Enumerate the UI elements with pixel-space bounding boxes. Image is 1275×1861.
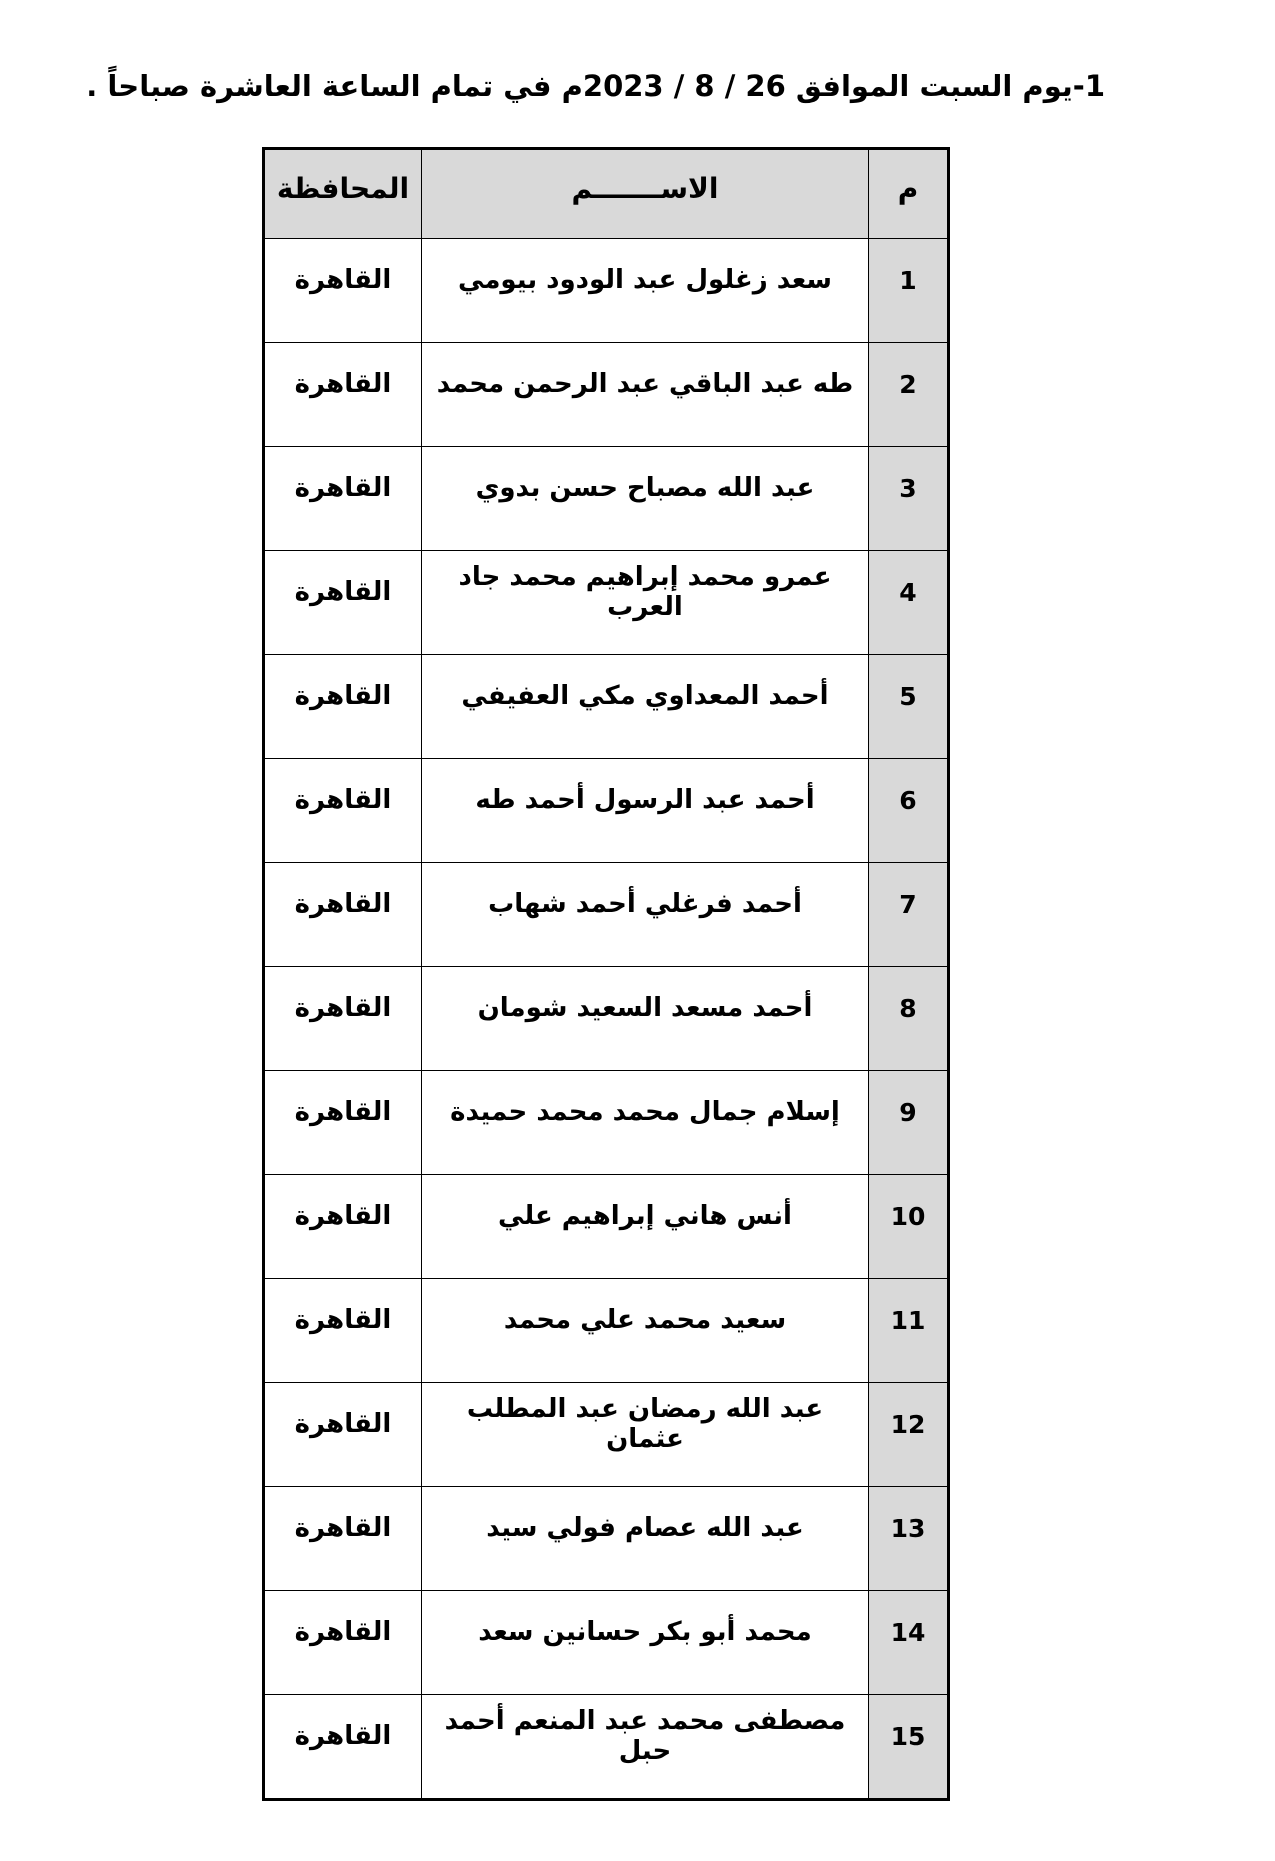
- governorate-cell: القاهرة: [264, 758, 422, 862]
- name-cell: عمرو محمد إبراهيم محمد جاد العرب: [422, 550, 869, 654]
- serial-cell: 12: [869, 1382, 949, 1486]
- name-cell: أحمد فرغلي أحمد شهاب: [422, 862, 869, 966]
- name-cell: مصطفى محمد عبد المنعم أحمد حبل: [422, 1694, 869, 1799]
- serial-cell: 9: [869, 1070, 949, 1174]
- serial-cell: 3: [869, 446, 949, 550]
- table-row: 2طه عبد الباقي عبد الرحمن محمدالقاهرة: [264, 342, 949, 446]
- table-row: 8أحمد مسعد السعيد شومانالقاهرة: [264, 966, 949, 1070]
- governorate-cell: القاهرة: [264, 1590, 422, 1694]
- governorate-cell: القاهرة: [264, 1278, 422, 1382]
- name-cell: أنس هاني إبراهيم علي: [422, 1174, 869, 1278]
- table-row: 1سعد زغلول عبد الودود بيوميالقاهرة: [264, 238, 949, 342]
- governorate-cell: القاهرة: [264, 238, 422, 342]
- serial-cell: 14: [869, 1590, 949, 1694]
- table-row: 11سعيد محمد علي محمدالقاهرة: [264, 1278, 949, 1382]
- serial-cell: 7: [869, 862, 949, 966]
- table-row: 6أحمد عبد الرسول أحمد طهالقاهرة: [264, 758, 949, 862]
- document-page: 1-يوم السبت الموافق 26 / 8 / 2023م في تم…: [0, 0, 1275, 1861]
- serial-cell: 11: [869, 1278, 949, 1382]
- name-cell: إسلام جمال محمد محمد حميدة: [422, 1070, 869, 1174]
- table-row: 12عبد الله رمضان عبد المطلب عثمانالقاهرة: [264, 1382, 949, 1486]
- serial-cell: 15: [869, 1694, 949, 1799]
- name-cell: أحمد مسعد السعيد شومان: [422, 966, 869, 1070]
- serial-cell: 10: [869, 1174, 949, 1278]
- serial-cell: 5: [869, 654, 949, 758]
- serial-cell: 2: [869, 342, 949, 446]
- table-row: 3عبد الله مصباح حسن بدويالقاهرة: [264, 446, 949, 550]
- name-cell: عبد الله مصباح حسن بدوي: [422, 446, 869, 550]
- governorate-cell: القاهرة: [264, 1486, 422, 1590]
- table-row: 4عمرو محمد إبراهيم محمد جاد العربالقاهرة: [264, 550, 949, 654]
- governorate-cell: القاهرة: [264, 446, 422, 550]
- table-header: م الاســـــــم المحافظة: [264, 148, 949, 238]
- attendees-table: م الاســـــــم المحافظة 1سعد زغلول عبد ا…: [262, 147, 950, 1801]
- governorate-cell: القاهرة: [264, 1070, 422, 1174]
- name-cell: أحمد المعداوي مكي العفيفي: [422, 654, 869, 758]
- governorate-cell: القاهرة: [264, 550, 422, 654]
- governorate-cell: القاهرة: [264, 342, 422, 446]
- governorate-cell: القاهرة: [264, 966, 422, 1070]
- name-cell: محمد أبو بكر حسانين سعد: [422, 1590, 869, 1694]
- serial-cell: 13: [869, 1486, 949, 1590]
- name-column-header: الاســـــــم: [422, 148, 869, 238]
- governorate-cell: القاهرة: [264, 654, 422, 758]
- name-cell: أحمد عبد الرسول أحمد طه: [422, 758, 869, 862]
- serial-cell: 8: [869, 966, 949, 1070]
- governorate-cell: القاهرة: [264, 1382, 422, 1486]
- header-row: م الاســـــــم المحافظة: [264, 148, 949, 238]
- governorate-cell: القاهرة: [264, 1174, 422, 1278]
- table-row: 15مصطفى محمد عبد المنعم أحمد حبلالقاهرة: [264, 1694, 949, 1799]
- serial-cell: 6: [869, 758, 949, 862]
- governorate-column-header: المحافظة: [264, 148, 422, 238]
- governorate-cell: القاهرة: [264, 1694, 422, 1799]
- table-row: 5أحمد المعداوي مكي العفيفيالقاهرة: [264, 654, 949, 758]
- serial-column-header: م: [869, 148, 949, 238]
- table-body: 1سعد زغلول عبد الودود بيوميالقاهرة2طه عب…: [264, 238, 949, 1799]
- governorate-cell: القاهرة: [264, 862, 422, 966]
- table-row: 9إسلام جمال محمد محمد حميدةالقاهرة: [264, 1070, 949, 1174]
- table-row: 7أحمد فرغلي أحمد شهابالقاهرة: [264, 862, 949, 966]
- table-row: 10أنس هاني إبراهيم عليالقاهرة: [264, 1174, 949, 1278]
- name-cell: سعيد محمد علي محمد: [422, 1278, 869, 1382]
- serial-cell: 1: [869, 238, 949, 342]
- serial-cell: 4: [869, 550, 949, 654]
- name-cell: طه عبد الباقي عبد الرحمن محمد: [422, 342, 869, 446]
- table-row: 14محمد أبو بكر حسانين سعدالقاهرة: [264, 1590, 949, 1694]
- name-cell: عبد الله عصام فولي سيد: [422, 1486, 869, 1590]
- document-title: 1-يوم السبت الموافق 26 / 8 / 2023م في تم…: [40, 66, 1105, 107]
- name-cell: عبد الله رمضان عبد المطلب عثمان: [422, 1382, 869, 1486]
- name-cell: سعد زغلول عبد الودود بيومي: [422, 238, 869, 342]
- table-row: 13عبد الله عصام فولي سيدالقاهرة: [264, 1486, 949, 1590]
